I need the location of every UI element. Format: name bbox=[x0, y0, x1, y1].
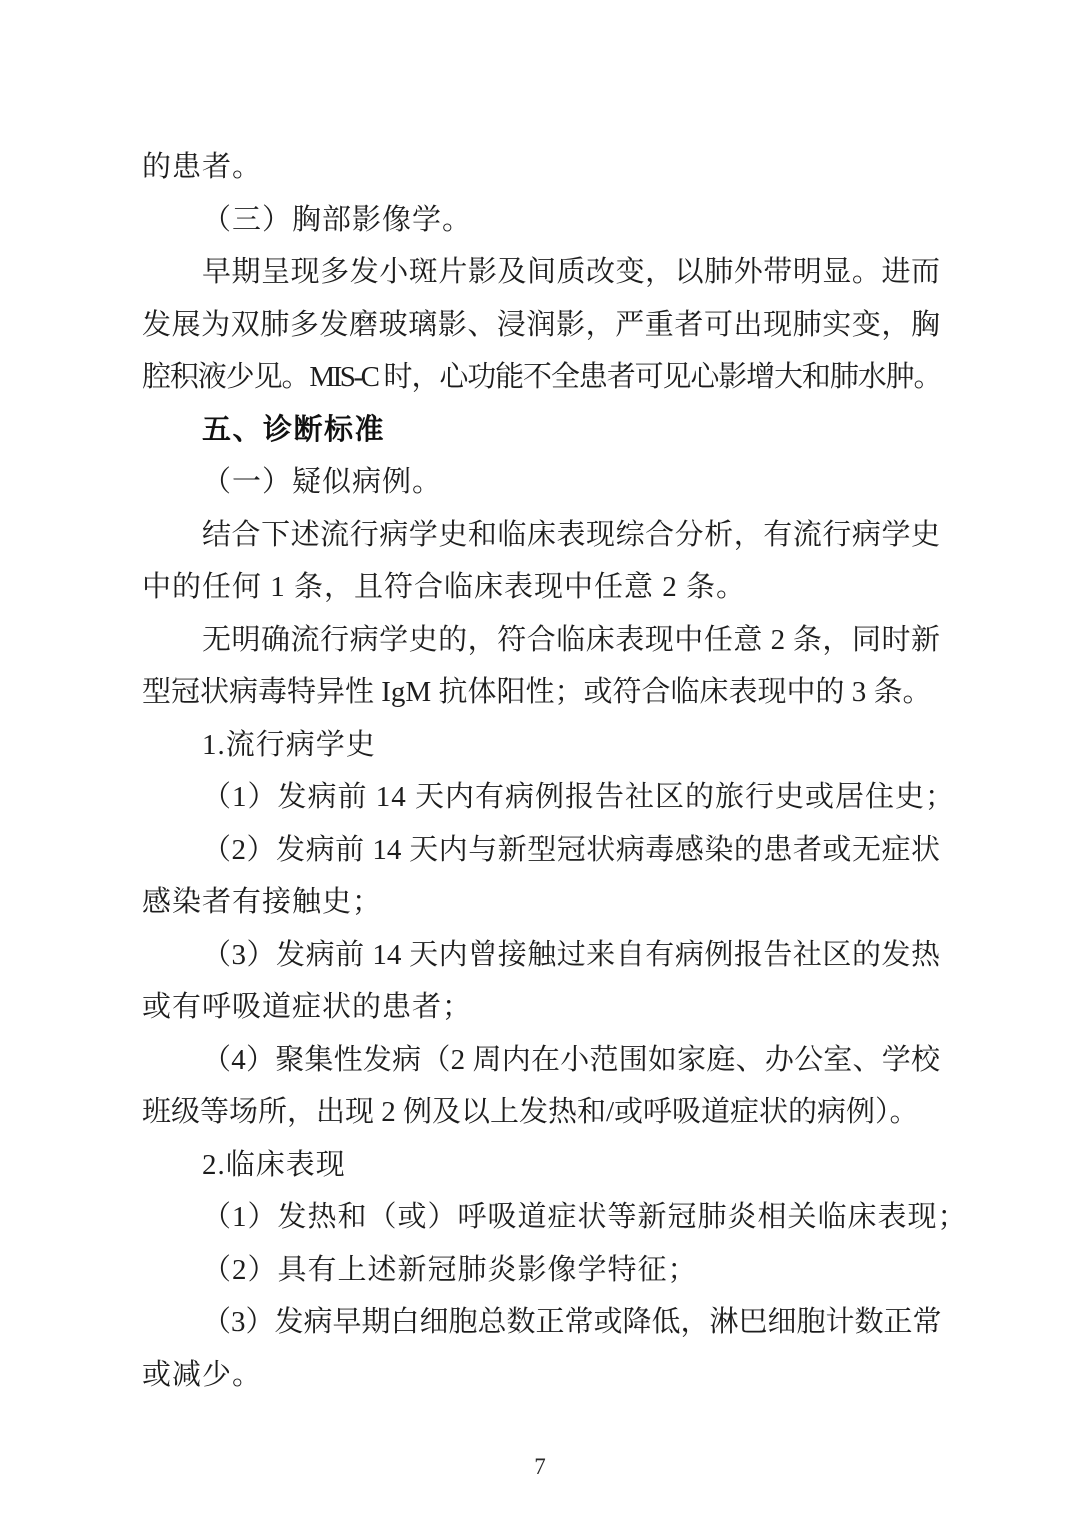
document-page: 的患者。 （三）胸部影像学。 早期呈现多发小斑片影及间质改变，以肺外带明显。进而… bbox=[0, 0, 1080, 1527]
text-line: 腔积液少见。MIS-C 时，心功能不全患者可见心影增大和肺水肿。 bbox=[142, 351, 940, 404]
page-number: 7 bbox=[0, 1452, 1080, 1482]
text-line: 的患者。 bbox=[142, 141, 940, 194]
text-line: 或减少。 bbox=[142, 1349, 940, 1402]
text-line: （2）具有上述新冠肺炎影像学特征； bbox=[142, 1244, 940, 1297]
text-line: 中的任何 1 条，且符合临床表现中任意 2 条。 bbox=[142, 561, 940, 614]
text-line: 结合下述流行病学史和临床表现综合分析，有流行病学史 bbox=[142, 509, 940, 562]
text-line: （2）发病前 14 天内与新型冠状病毒感染的患者或无症状 bbox=[142, 824, 940, 877]
document-body: 的患者。 （三）胸部影像学。 早期呈现多发小斑片影及间质改变，以肺外带明显。进而… bbox=[142, 141, 940, 1401]
text-line: 感染者有接触史； bbox=[142, 876, 940, 929]
text-line: 发展为双肺多发磨玻璃影、浸润影，严重者可出现肺实变，胸 bbox=[142, 299, 940, 352]
text-line: 型冠状病毒特异性 IgM 抗体阳性；或符合临床表现中的 3 条。 bbox=[142, 666, 940, 719]
text-line: （三）胸部影像学。 bbox=[142, 194, 940, 247]
text-line: （3）发病前 14 天内曾接触过来自有病例报告社区的发热 bbox=[142, 929, 940, 982]
text-line: （1）发热和（或）呼吸道症状等新冠肺炎相关临床表现； bbox=[142, 1191, 940, 1244]
text-line: （4）聚集性发病（2 周内在小范围如家庭、办公室、学校 bbox=[142, 1034, 940, 1087]
text-line: 无明确流行病学史的，符合临床表现中任意 2 条，同时新 bbox=[142, 614, 940, 667]
list-item-heading: 2.临床表现 bbox=[142, 1139, 940, 1192]
text-line: 早期呈现多发小斑片影及间质改变，以肺外带明显。进而 bbox=[142, 246, 940, 299]
text-line: 班级等场所，出现 2 例及以上发热和/或呼吸道症状的病例）。 bbox=[142, 1086, 940, 1139]
text-line: （1）发病前 14 天内有病例报告社区的旅行史或居住史； bbox=[142, 771, 940, 824]
list-item-heading: 1.流行病学史 bbox=[142, 719, 940, 772]
section-heading: 五、诊断标准 bbox=[142, 404, 940, 457]
text-line: （3）发病早期白细胞总数正常或降低，淋巴细胞计数正常 bbox=[142, 1296, 940, 1349]
text-line: 或有呼吸道症状的患者； bbox=[142, 981, 940, 1034]
text-line: （一）疑似病例。 bbox=[142, 456, 940, 509]
